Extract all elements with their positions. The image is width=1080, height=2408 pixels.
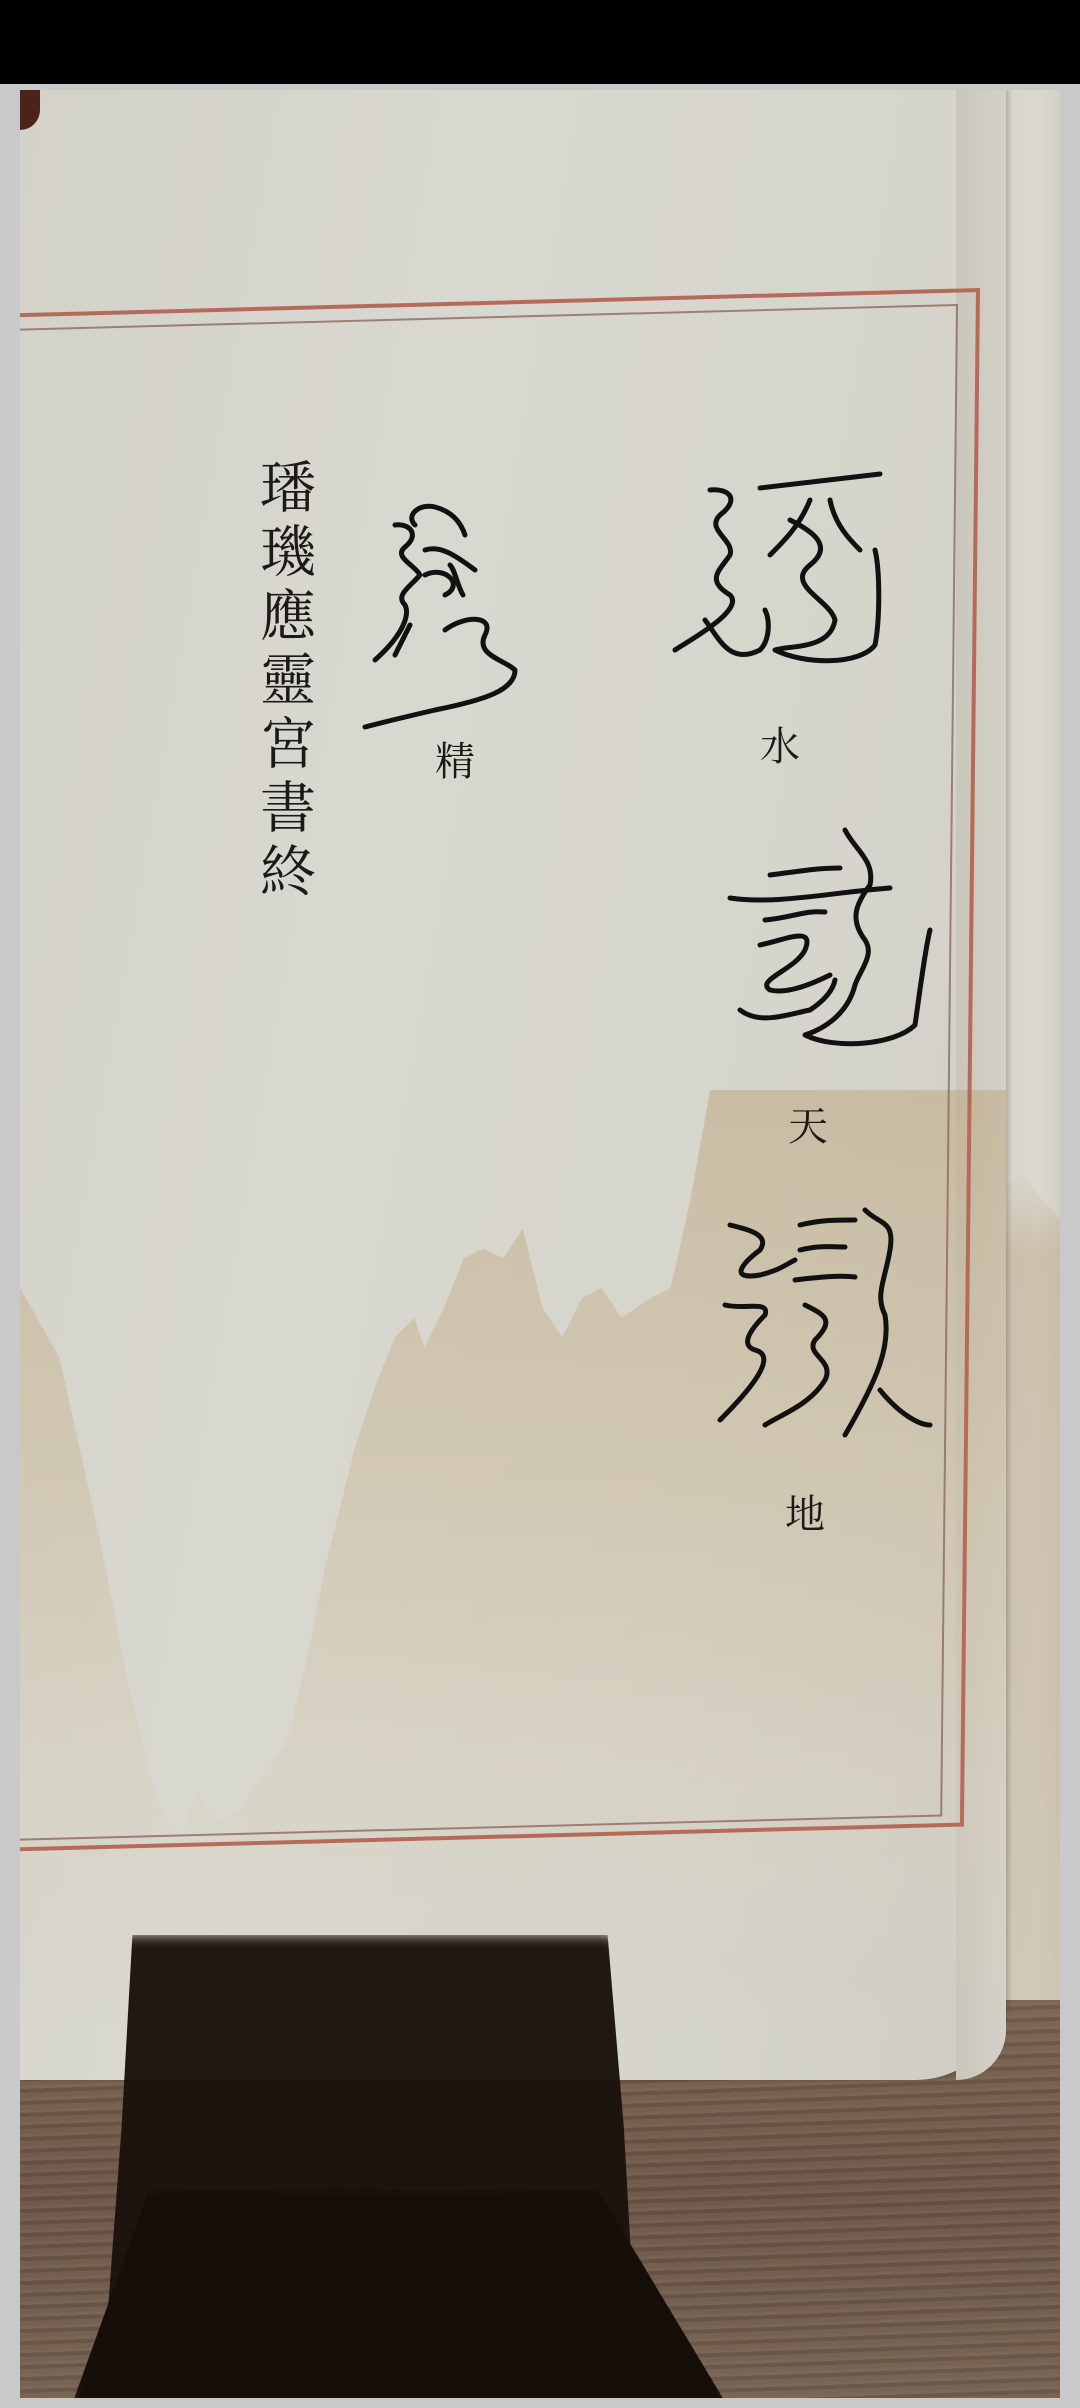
top-bar (0, 0, 1080, 84)
back-page-stain (1005, 1170, 1060, 2000)
book-page: 璠璣應靈宮書終 精 水 (20, 90, 1006, 2080)
seal-glyph-water-icon (660, 470, 900, 670)
seal-glyph-heaven-icon (715, 830, 935, 1060)
colophon-text: 璠璣應靈宮書終 (248, 458, 318, 906)
seal-glyph-essence-icon (365, 495, 540, 730)
gloss-water: 水 (760, 715, 800, 772)
gloss-essence: 精 (435, 730, 475, 787)
gloss-heaven: 天 (788, 1095, 828, 1152)
photo[interactable]: 璠璣應靈宮書終 精 水 (20, 90, 1060, 2398)
seal-glyph-earth-icon (700, 1205, 940, 1445)
gloss-earth: 地 (785, 1483, 825, 1540)
